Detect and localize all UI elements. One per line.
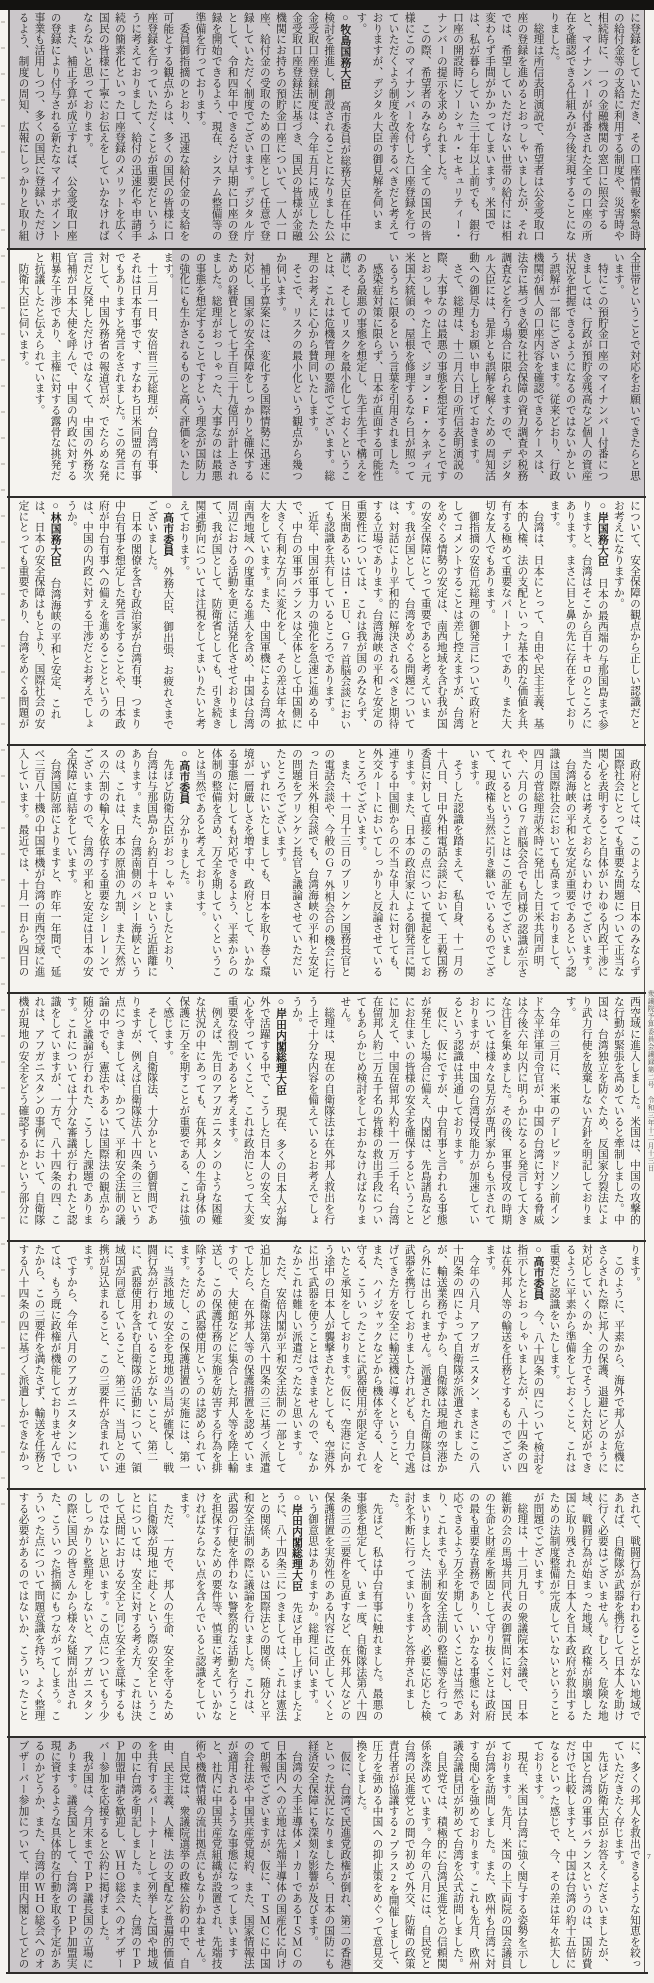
speaker-name: ○岸田内閣総理大臣 <box>275 996 287 1095</box>
transcript-paragraph: そうした認識を踏まえて、私自身、十一月の十八日、日中外相電話会談において、王毅国… <box>353 748 466 983</box>
band-divider-1 <box>7 248 646 250</box>
transcript-paragraph: ○高市委員 分かりました。 <box>176 748 192 983</box>
transcript-paragraph: 仮に、台湾で民進党政権が倒れ、第二の香港といった状況になりましたら、日本の国防に… <box>305 1740 353 1975</box>
transcript-paragraph: 防衛大臣に伺います。 <box>15 252 31 487</box>
transcript-paragraph: ります。 <box>627 1244 643 1479</box>
transcript-paragraph: 自民党は、衆議院選挙の政権公約の中で、自由、民主主義、人権、法の支配など普遍的価… <box>96 1740 193 1975</box>
text-band-6: ります。 このように、平素から、海外で邦人が危機にさらされた際に邦人の保護、退避… <box>13 1244 643 1479</box>
transcript-paragraph: ○林国務大臣 台湾海峡の平和と安定、これは、日本の安全保障はもとより、国際社会の… <box>13 500 64 735</box>
transcript-paragraph: いずれにいたしましても、日本を取り巻く環境が一層厳しさを増す中、政府として、いか… <box>192 748 272 983</box>
transcript-paragraph: 補正予算案には、変化する国際情勢に迅速に対応し、国家の安全保障をしっかりと確保す… <box>160 252 273 487</box>
transcript-paragraph: 総理は、現在の自衛隊法は在外邦人救出を行う上で十分な内容を備えているとお考えでし… <box>289 996 337 1231</box>
transcript-paragraph: について、安全保障の観点から正しい認識だとお考えになりますか。 <box>611 500 643 735</box>
band-divider-7 <box>7 1736 646 1738</box>
speaker-name: ○岸田内閣総理大臣 <box>291 1492 303 1591</box>
transcript-paragraph: に登録をしていただき、その口座情報を緊急時の給付金等の支給に利用する制度や、災害… <box>546 12 643 247</box>
transcript-paragraph: 仮に、仮にですが、中台有事と言われる事態が発生した場合に備え、内閣は、先島諸島な… <box>337 996 450 1231</box>
band-divider-6 <box>7 1488 646 1490</box>
band-divider-4 <box>7 992 646 994</box>
transcript-paragraph: ○高市委員 外務大臣、御出張、お疲れさまでございました。 <box>144 500 176 735</box>
transcript-paragraph: ○岸田内閣総理大臣 先ほど申し上げましたように、八十四条三につきましては、これは… <box>176 1492 305 1727</box>
margin-page-number: 7 <box>647 1852 651 1861</box>
text-band-3: について、安全保障の観点から正しい認識だとお考えになりますか。○岸国務大臣 日本… <box>13 500 643 735</box>
speaker-name: ○林国務大臣 <box>50 500 62 567</box>
transcript-paragraph: ただ、一方で、邦人の生命、安全を守るために自衛隊が現地に赴くという際の安全という… <box>13 1492 176 1727</box>
scan-top-edge-bar <box>0 0 654 10</box>
transcript-paragraph: ○岸国務大臣 日本の最西端の与那国島まで参りますと、台湾はそこから百十キロのとこ… <box>546 500 610 735</box>
transcript-paragraph: 十二月一日、安倍晋三元総理が、台湾有事、それは日本有事です、すなわち日米同盟の有… <box>31 252 160 487</box>
transcript-paragraph: 今年の三月に、米軍のデービッドソン前インド太平洋軍司令官が、中国の台湾に対する脅… <box>450 996 563 1231</box>
transcript-paragraph: 総理は、十二月九日の衆議院本会議で、日本維新の会の馬場共同代表の御質問に対し、国… <box>386 1492 531 1727</box>
text-band-8: に、多くの邦人を救出できるような知恵を絞っていただきたく存じます。 先ほど防衛大… <box>13 1740 643 1975</box>
transcript-paragraph: ○高市委員 今、八十四条の四について検討を指示したとおっしゃいましたが、八十四条… <box>482 1244 546 1479</box>
transcript-paragraph: 委員御指摘のとおり、迅速な給付金の支給を可能とする観点からは、多くの国民の皆様に… <box>80 12 193 247</box>
text-band-5: 西空域に進入しました。米国は、中国の攻撃的な行動が緊張を高めていると牽制しました… <box>13 996 643 1231</box>
transcript-paragraph: 台湾は、日本にとって、自由や民主主義、基本的人権、法の支配といった基本的な価値を… <box>482 500 546 735</box>
transcript-paragraph: さて、総理は、十二月六日の所信表明演説の際、大事なのは最悪の事態を想定することで… <box>386 252 466 487</box>
transcript-paragraph: 日本の閣僚を含む政治家が台湾有事、つまり中台有事を想定した発言をすることや、日本… <box>64 500 144 735</box>
transcript-paragraph: このように、平素から、海外で邦人が危機にさらされた際に邦人の保護、退避にどのよう… <box>546 1244 626 1479</box>
transcript-paragraph: 台湾国防部によりますと、昨年一年間で、延べ三百八十機の中国軍機が台湾の南西空域に… <box>13 748 64 983</box>
transcript-paragraph: ○岸田内閣総理大臣 現在、多くの日本人が海外で活躍する中で、こうした日本人の安全… <box>225 996 289 1231</box>
speaker-name: ○高市委員 <box>162 500 174 556</box>
margin-note-right: 衆議院予算委員会議録第二号 令和三年十二月十三日 <box>645 990 654 1550</box>
transcript-paragraph: 御指摘の安倍元総理の御発言について政府としてコメントすることは差し控えますが、台… <box>321 500 482 735</box>
transcript-paragraph: そして、自衛隊法、十分かという御質問でありますが、例えば自衛隊法八十四条の三とい… <box>13 996 160 1231</box>
text-band-2: 全世帯ということで対応をお願いできたらと思います。 特にこの預貯金口座のマイナン… <box>13 252 643 487</box>
transcript-paragraph: 台湾の大手半導体メーカーであるＴＳＭＣの日本国内への立地は先端半導体の国産化に向… <box>192 1740 305 1975</box>
transcript-paragraph: 近年、中国が軍事力の強化を急速に進める中で、中台の軍事バランスは全体として中国側… <box>176 500 321 735</box>
transcript-paragraph: されて、戦闘行為が行われることがない地域であれば、自衛隊が武器を携行して日本人を… <box>530 1492 643 1727</box>
adjacent-page-sliver <box>1 14 5 1514</box>
transcript-paragraph: 先ほど防衛大臣がお答えくださいましたが、中国と台湾の軍事バランスというのは、国防… <box>530 1740 610 1975</box>
band-divider-3 <box>7 744 646 746</box>
band-divider-2 <box>7 496 646 498</box>
transcript-paragraph: 先ほど、私は中台有事に触れました。最悪の事態を想定して、いま一度、自衛隊法第八十… <box>305 1492 385 1727</box>
transcript-paragraph: 感染症対策に限らず、日本が直面する可能性のある最悪の事態を想定し、先手先手で構え… <box>305 252 385 487</box>
transcript-paragraph: 台湾海峡の平和と安定が重要であるという認識は国際社会においても高まっておりまして… <box>466 748 579 983</box>
band-divider-5 <box>7 1240 646 1242</box>
gijiroku-scan-page: に登録をしていただき、その口座情報を緊急時の給付金等の支給に利用する制度や、災害… <box>0 0 654 1983</box>
speaker-name: ○高市委員 <box>178 748 190 804</box>
transcript-paragraph: 先ほど防衛大臣がおっしゃいましたとおり、台湾は与那国島から約百十キロという近距離… <box>64 748 177 983</box>
text-band-4: 政府としては、このような、日本のみならず国際社会にとっても重要な問題について正当… <box>13 748 643 983</box>
transcript-paragraph: ですから、今年八月のアフガニスタンについては、もう既に政権が機能しておりませんで… <box>13 1244 80 1479</box>
text-band-7: されて、戦闘行為が行われることがない地域であれば、自衛隊が武器を携行して日本人を… <box>13 1492 643 1727</box>
text-band-1: に登録をしていただき、その口座情報を緊急時の給付金等の支給に利用する制度や、災害… <box>13 12 643 247</box>
transcript-paragraph: そこで、リスクの最小化という観点から幾つか伺います。 <box>273 252 305 487</box>
transcript-paragraph: 全世帯ということで対応をお願いできたらと思います。 <box>611 252 643 487</box>
transcript-paragraph: に、多くの邦人を救出できるような知恵を絞っていただきたく存じます。 <box>611 1740 643 1975</box>
transcript-paragraph: 我が国は、今月末までＴＰＰ議長国の立場にあります。議長国として、台湾のＴＰＰ加盟… <box>13 1740 96 1975</box>
transcript-paragraph: 西空域に進入しました。米国は、中国の攻撃的な行動が緊張を高めていると牽制しました… <box>563 996 643 1231</box>
transcript-paragraph: 今年の八月、アフガニスタン、まさにこの八十四条の四によって自衛隊が派遣されました… <box>289 1244 482 1479</box>
transcript-paragraph: 特にこの預貯金口座のマイナンバー付番につきましては、行政が預貯金残高など個人の資… <box>466 252 611 487</box>
transcript-paragraph: また、十一月十三日のブリンケン国務長官との電話会談や、今般のＧ7外相会合の機会に… <box>273 748 353 983</box>
transcript-paragraph: 例えば、先日のアフガニスタンのような困難な状況の中にあっても、在外邦人の生命身体… <box>160 996 224 1231</box>
transcript-paragraph: 政府としては、このような、日本のみならず国際社会にとっても重要な問題について正当… <box>579 748 643 983</box>
transcript-paragraph: 総理は所信表明演説で、希望者は公金受取口座の登録を進めるとおっしゃいましたが、そ… <box>434 12 547 247</box>
speaker-name: ○岸国務大臣 <box>597 500 609 567</box>
transcript-paragraph: ○牧島国務大臣 高市委員が総務大臣在任中に検討を推進し、創設されることになりまし… <box>192 12 353 247</box>
transcript-paragraph: 現在、米国は台湾に強く関与する姿勢を示しております。先月、米国の上下両院の国会議… <box>450 1740 530 1975</box>
transcript-paragraph: また、補正予算が成立すれば、公金受取口座の登録により付与される新たなマイナポイン… <box>13 12 80 247</box>
transcript-paragraph: この際、希望者のみならず、全ての国民の皆様にこのマイナンバーを付した口座登録を行… <box>353 12 433 247</box>
transcript-paragraph: ただ、安倍内閣が平和安全法制の一部として追加した自衛隊法第八十四条の三に基づく派… <box>80 1244 289 1479</box>
speaker-name: ○高市委員 <box>532 1244 544 1300</box>
transcript-paragraph: 自民党では、積極的に台湾民進党との信頼関係を深めています。今年の八月には、自民党… <box>353 1740 450 1975</box>
transcript-paragraph: 台湾有事は日本有事という安倍元総理の御見解 <box>13 252 15 487</box>
speaker-name: ○牧島国務大臣 <box>339 12 351 90</box>
